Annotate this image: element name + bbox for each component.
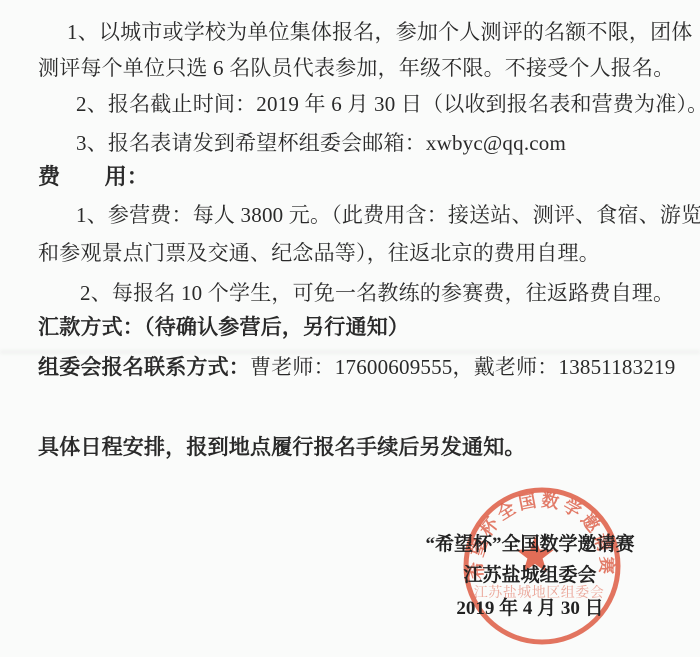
fee-item2: 2、每报名 10 个学生，可免一名教练的参赛费，往返路费自理。	[80, 283, 674, 304]
fee-item1-line1: 1、参营费：每人 3800 元。（此费用含：接送站、测评、食宿、游览	[76, 205, 700, 226]
schedule-note: 具体日程安排，报到地点履行报名手续后另发通知。	[38, 437, 526, 458]
rule-item1-line2: 测评每个单位只选 6 名队员代表参加，年级不限。不接受个人报名。	[38, 58, 674, 79]
document-text-layer: 1、以城市或学校为单位集体报名，参加个人测评的名额不限，团体 测评每个单位只选 …	[0, 0, 700, 657]
rule-item2-deadline: 2、报名截止时间：2019 年 6 月 30 日（以收到报名表和营费为准）。	[76, 94, 700, 115]
contact-label: 组委会报名联系方式：	[38, 355, 250, 379]
rule-item3-email: 3、报名表请发到希望杯组委会邮箱：xwbyc@qq.com	[76, 133, 566, 154]
fee-section-heading: 费 用：	[38, 166, 149, 188]
fee-item1-line2: 和参观景点门票及交通、纪念品等），往返北京的费用自理。	[38, 243, 600, 264]
contact-value: 曹老师：17600609555，戴老师：13851183219	[250, 355, 675, 379]
rule-item1-line1: 1、以城市或学校为单位集体报名，参加个人测评的名额不限，团体	[67, 22, 693, 43]
contact-line: 组委会报名联系方式：曹老师：17600609555，戴老师：1385118321…	[38, 357, 675, 378]
scanned-notice-document: 希望杯全国数学邀请赛 江苏盐城地区组委会 1、以城市或学校为单位集体报名，参加个…	[0, 0, 700, 657]
remittance-method: 汇款方式：（待确认参营后，另行通知）	[38, 317, 409, 338]
